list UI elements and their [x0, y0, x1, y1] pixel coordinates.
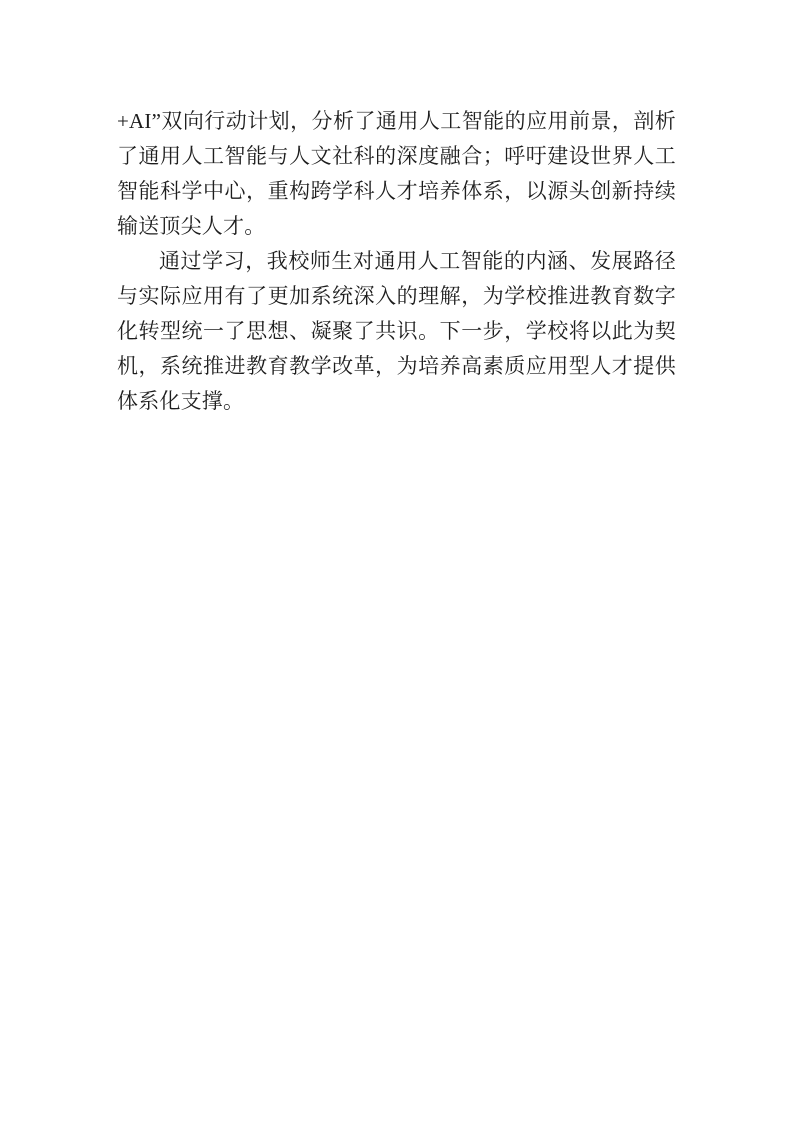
document-text-block: +AI”双向行动计划，分析了通用人工智能的应用前景，剖析了通用人工智能与人文社科…	[117, 104, 676, 419]
paragraph: +AI”双向行动计划，分析了通用人工智能的应用前景，剖析了通用人工智能与人文社科…	[117, 104, 676, 244]
document-page: +AI”双向行动计划，分析了通用人工智能的应用前景，剖析了通用人工智能与人文社科…	[0, 0, 793, 1122]
paragraph: 通过学习，我校师生对通用人工智能的内涵、发展路径与实际应用有了更加系统深入的理解…	[117, 244, 676, 419]
